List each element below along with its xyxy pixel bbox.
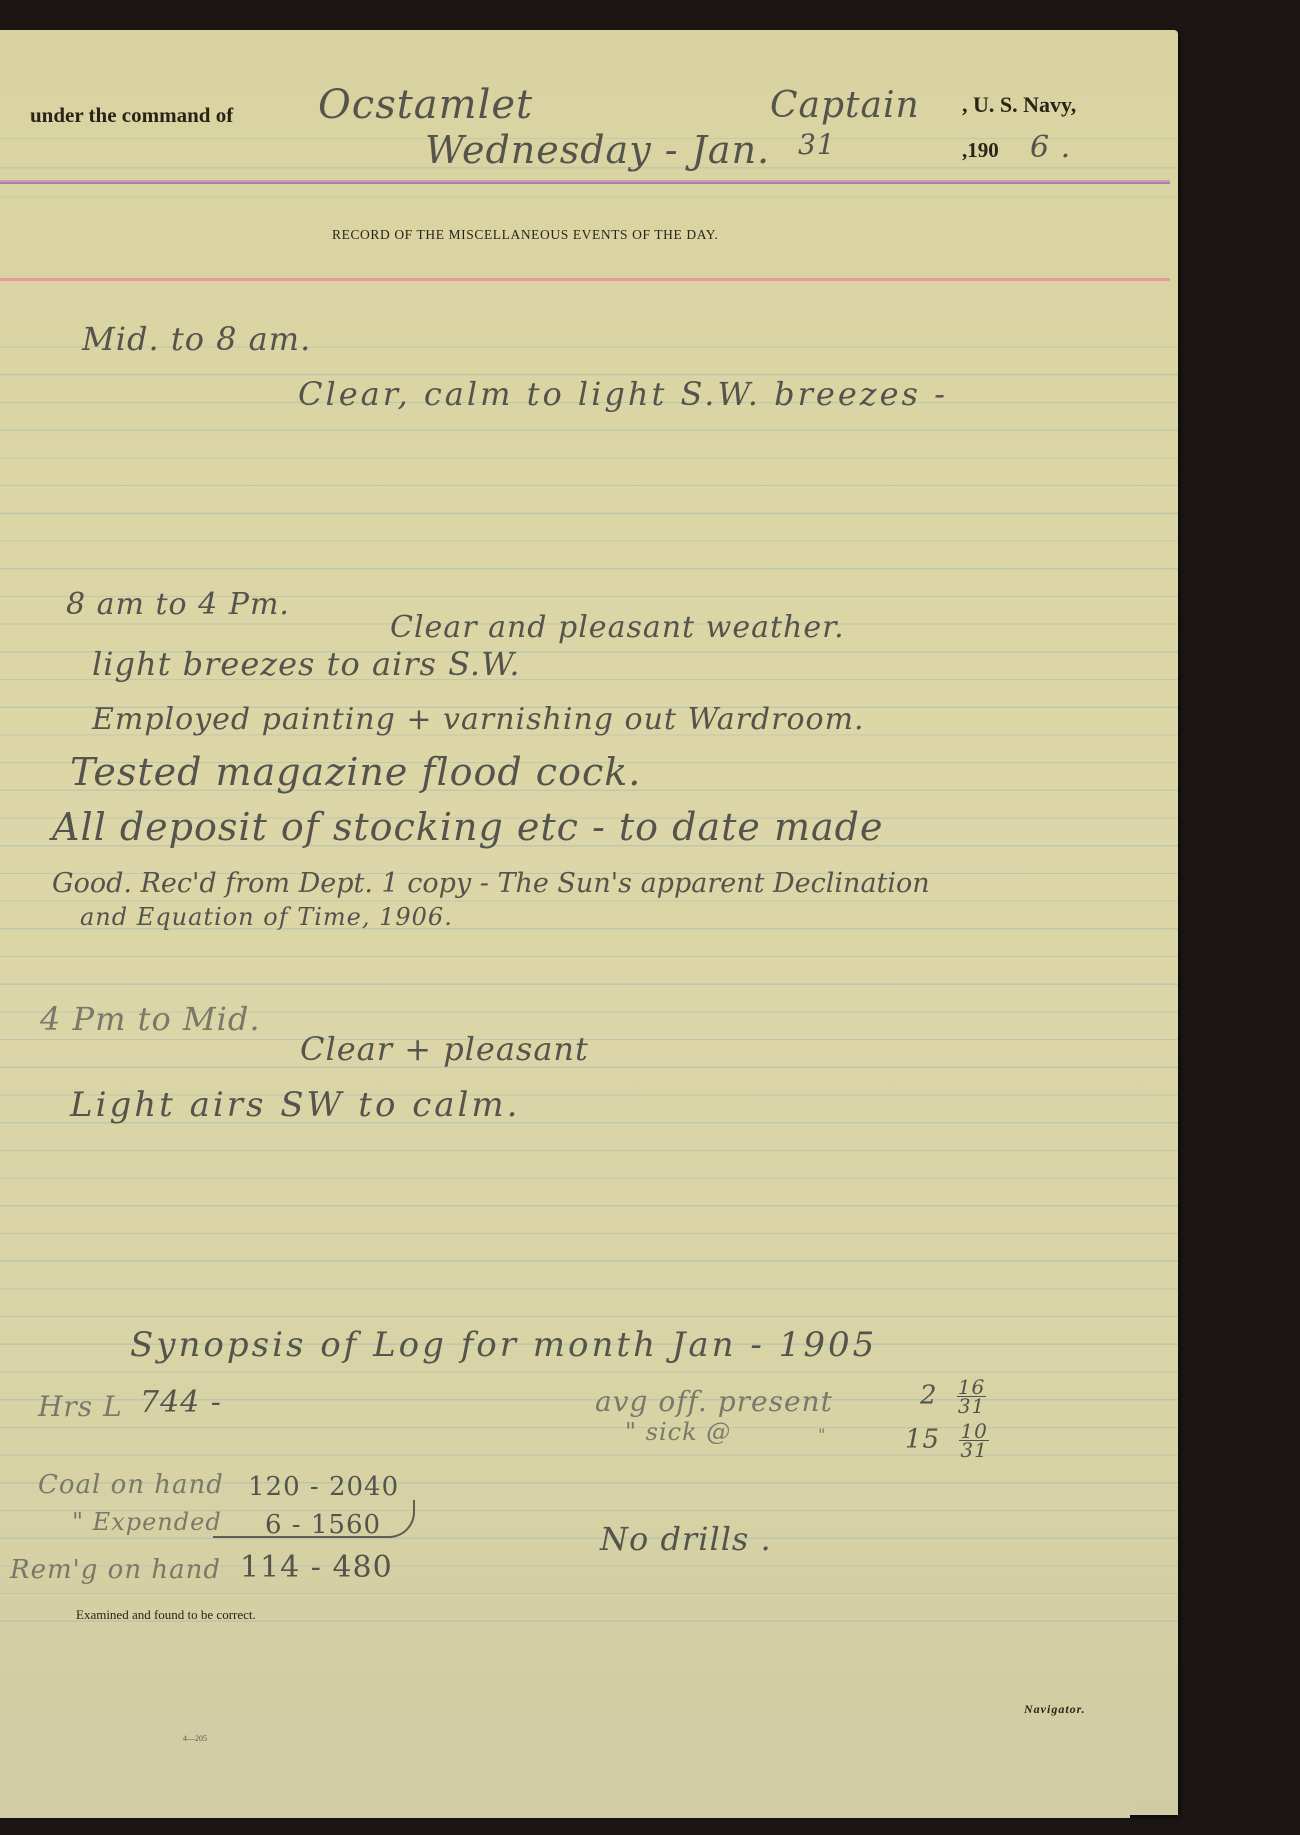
subtotal-underline [213, 1500, 415, 1538]
watch-entry-line: light breezes to airs S.W. [92, 645, 521, 683]
avg-officers-label: avg off. present [595, 1385, 833, 1418]
hours-value: 744 - [140, 1385, 222, 1420]
watch-entry-line: Clear, calm to light S.W. breezes - [298, 375, 948, 413]
remaining-value: 114 - 480 [240, 1550, 393, 1585]
watch-entry-line: Good. Rec'd from Dept. 1 copy - The Sun'… [52, 868, 930, 899]
log-page: under the command of Ocstamlet Captain ,… [0, 30, 1178, 1815]
watch-entry-line: and Equation of Time, 1906. [80, 903, 453, 931]
command-prefix-label: under the command of [30, 103, 233, 128]
section-divider-rule [0, 278, 1170, 281]
fraction-denominator: 31 [957, 1397, 986, 1415]
drills-note: No drills . [600, 1520, 772, 1558]
watch-entry-line: Clear and pleasant weather. [390, 610, 845, 645]
avg-sick-value: 15 10 31 [905, 1422, 989, 1459]
watch-period: Mid. to 8 am. [82, 320, 311, 358]
fraction-denominator: 31 [959, 1441, 988, 1459]
watch-entry-line: Employed painting + varnishing out Wardr… [92, 702, 865, 737]
watch-period: 4 Pm to Mid. [40, 1000, 261, 1038]
avg-officers-fraction: 16 31 [957, 1378, 986, 1415]
examined-statement: Examined and found to be correct. [76, 1607, 256, 1623]
commander-rank: Captain [770, 85, 920, 126]
watch-period: 8 am to 4 Pm. [66, 587, 290, 622]
remaining-label: Rem'g on hand [10, 1555, 221, 1585]
section-title: RECORD OF THE MISCELLANEOUS EVENTS OF TH… [332, 227, 718, 243]
synopsis-title: Synopsis of Log for month Jan - 1905 [130, 1325, 877, 1365]
watch-entry-line: All deposit of stocking etc - to date ma… [52, 805, 883, 849]
coal-on-hand-value: 120 - 2040 [248, 1472, 399, 1502]
avg-sick-label: " sick @ [625, 1418, 731, 1446]
coal-on-hand-label: Coal on hand [38, 1470, 224, 1500]
watch-entry-line: Tested magazine flood cock. [70, 750, 641, 794]
avg-sick-ditto: " [818, 1425, 826, 1444]
form-number: 4—205 [183, 1734, 207, 1743]
watch-entry-line: Light airs SW to calm. [70, 1085, 520, 1125]
watch-entry-line: Clear + pleasant [300, 1030, 589, 1068]
avg-officers-value: 2 16 31 [920, 1378, 986, 1415]
year-suffix: 6 . [1030, 130, 1071, 165]
log-day-number: 31 [798, 128, 836, 161]
log-day-date: Wednesday - Jan. [425, 128, 770, 172]
service-label: , U. S. Navy, [962, 92, 1076, 118]
avg-sick-fraction: 10 31 [959, 1422, 988, 1459]
avg-sick-whole: 15 [905, 1425, 940, 1455]
coal-expended-label: " Expended [72, 1508, 222, 1536]
underlying-page-edge [0, 1800, 1130, 1818]
year-prefix-label: ,190 [962, 138, 999, 163]
hours-label: Hrs L [38, 1390, 123, 1423]
avg-officers-whole: 2 [920, 1381, 938, 1411]
header-divider-rule [0, 180, 1170, 184]
body-ruled-lines [0, 320, 1178, 1645]
navigator-signature-label: Navigator. [1024, 1702, 1086, 1717]
commander-name: Ocstamlet [318, 82, 533, 128]
